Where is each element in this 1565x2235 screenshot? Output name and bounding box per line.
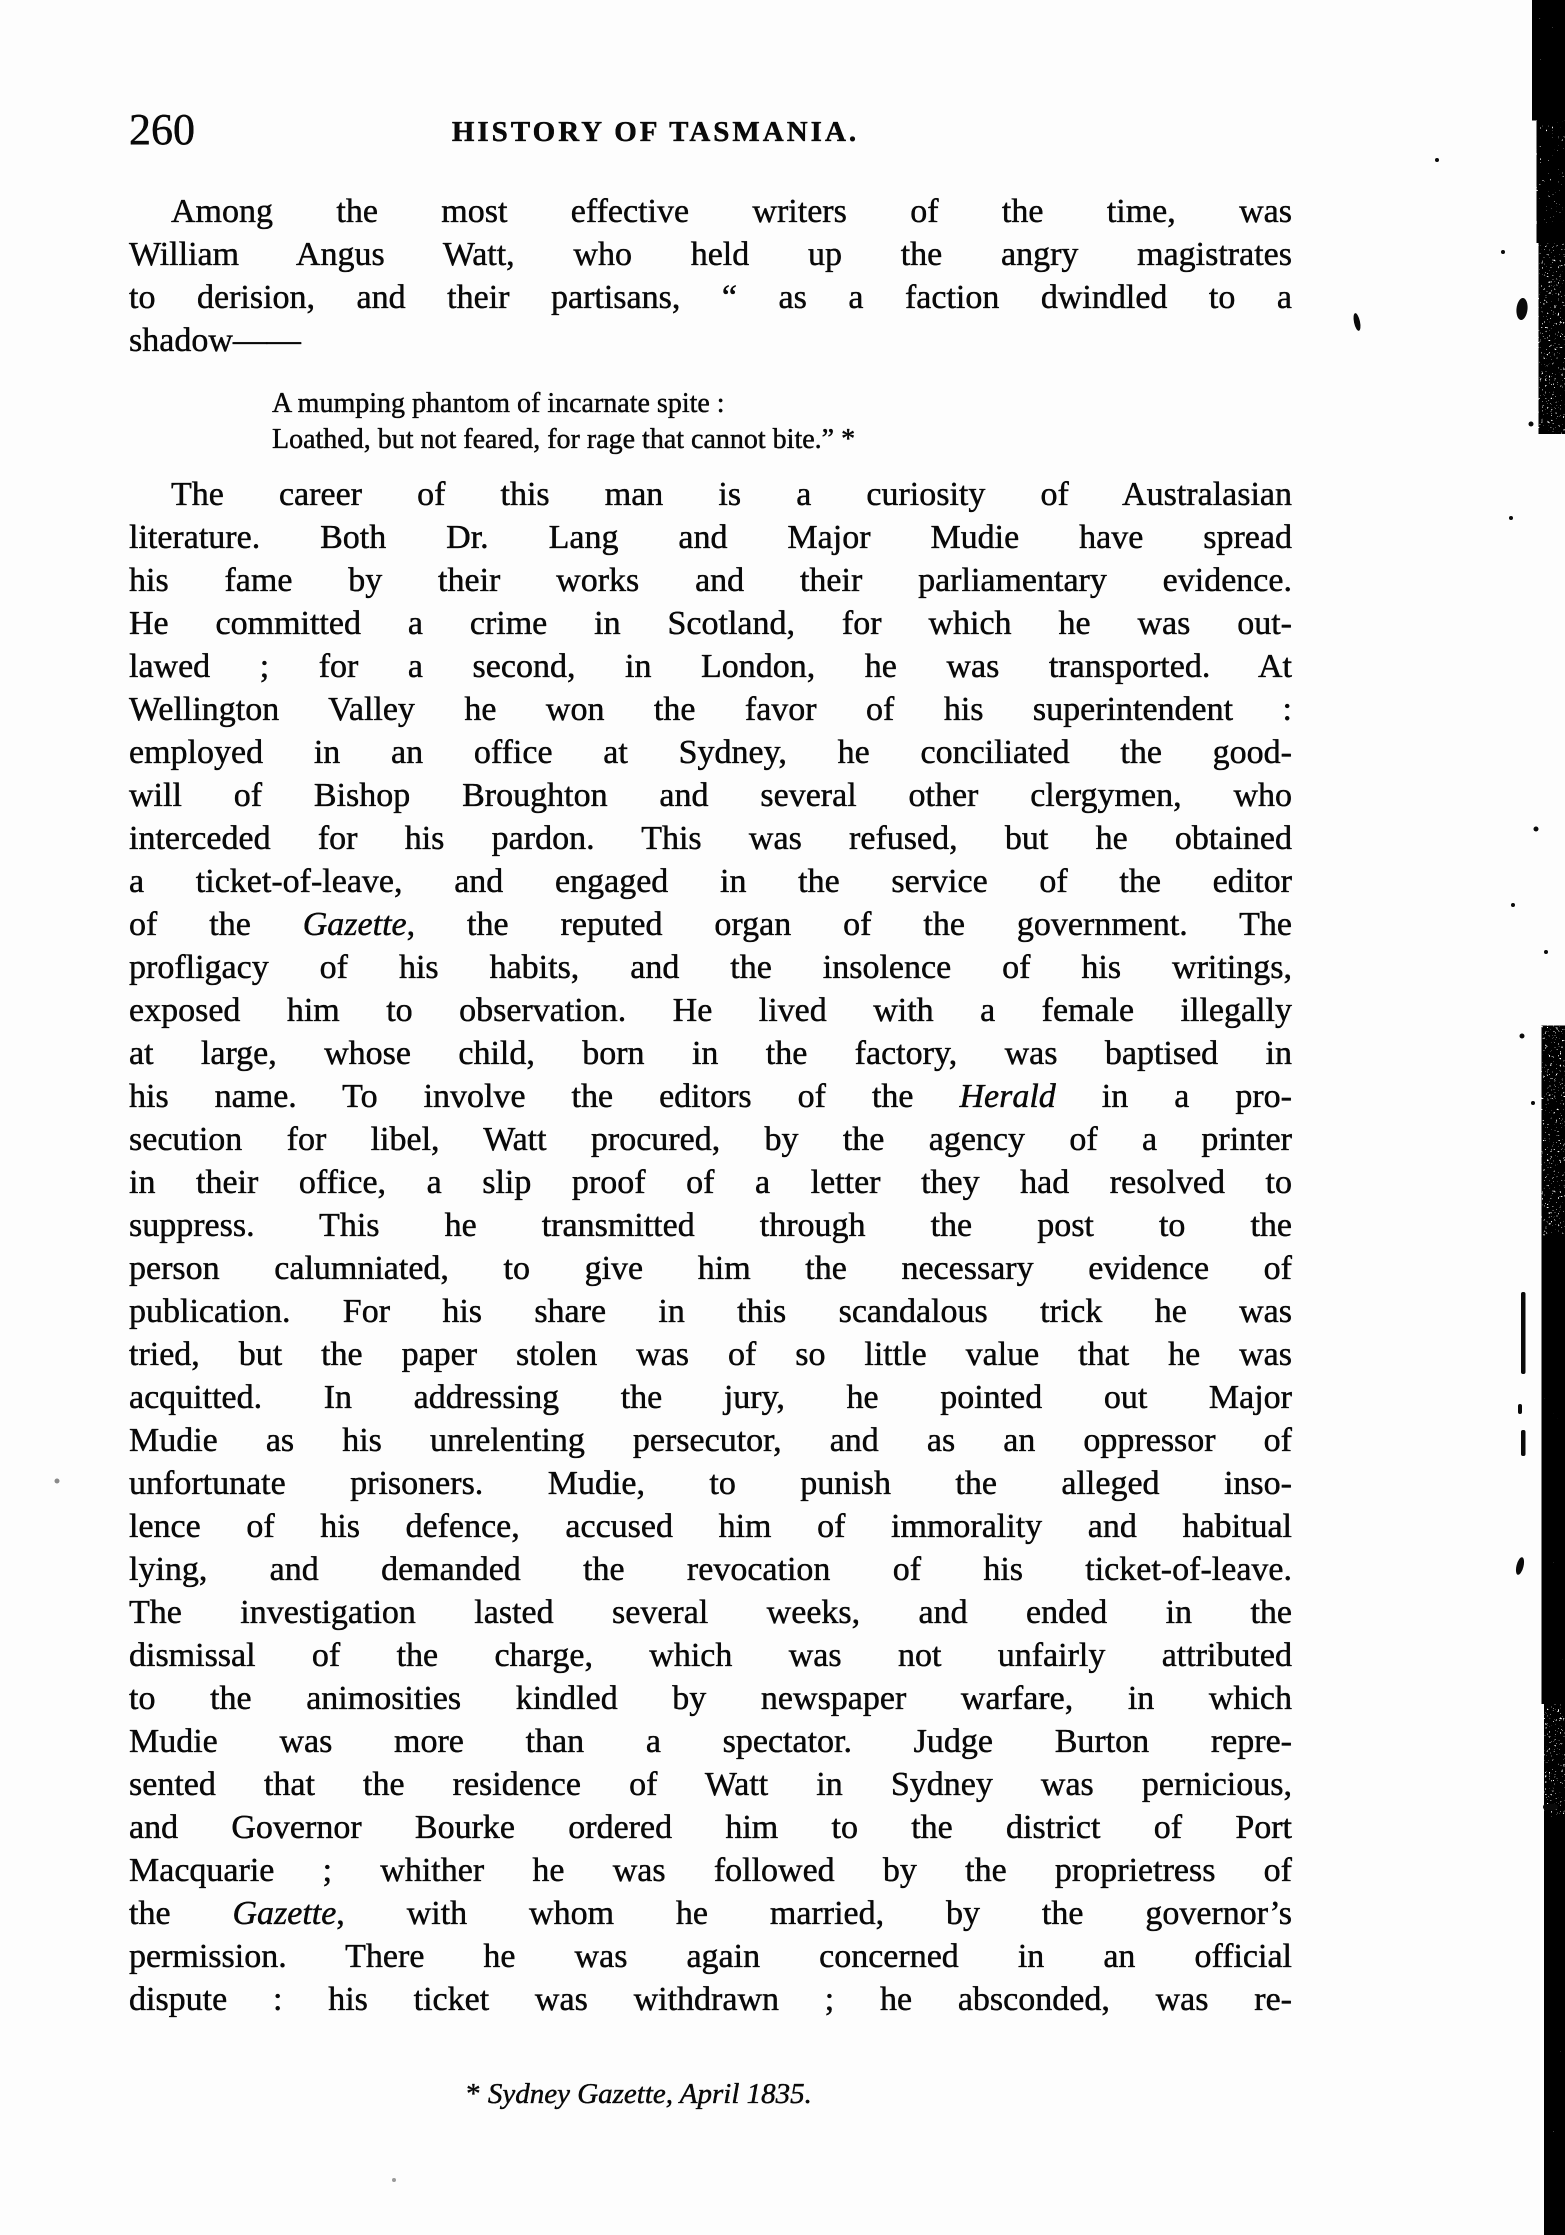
- text-line: literature. Both Dr. Lang and Major Mudi…: [129, 516, 1292, 559]
- text-line: exposed him to observation. He lived wit…: [129, 989, 1292, 1032]
- text-line: Among the most effective writers of the …: [129, 190, 1292, 233]
- footnote-line: * Sydney Gazette, April 1835.: [129, 2076, 1149, 2112]
- paragraph-opening: Among the most effective writers of the …: [129, 190, 1292, 362]
- text-line: William Angus Watt, who held up the angr…: [129, 233, 1292, 276]
- text-line: acquitted. In addressing the jury, he po…: [129, 1376, 1292, 1419]
- text-line: his name. To involve the editors of the …: [129, 1075, 1292, 1118]
- scan-noise-top-right: [1534, 0, 1565, 430]
- text-line: at large, whose child, born in the facto…: [129, 1032, 1292, 1075]
- text-line: The career of this man is a curiosity of…: [129, 473, 1292, 516]
- text-line: his fame by their works and their parlia…: [129, 559, 1292, 602]
- text-line: lence of his defence, accused him of imm…: [129, 1505, 1292, 1548]
- text-line: person calumniated, to give him the nece…: [129, 1247, 1292, 1290]
- text-line: to derision, and their partisans, “ as a…: [129, 276, 1292, 319]
- book-page: 260 HISTORY OF TASMANIA. Among the most …: [0, 0, 1565, 2235]
- text-line: The investigation lasted several weeks, …: [129, 1591, 1292, 1634]
- footnote: * Sydney Gazette, April 1835.: [129, 2076, 1149, 2112]
- text-line: dispute : his ticket was withdrawn ; he …: [129, 1978, 1292, 2021]
- text-line: employed in an office at Sydney, he conc…: [129, 731, 1292, 774]
- text-line: lawed ; for a second, in London, he was …: [129, 645, 1292, 688]
- page-header: 260 HISTORY OF TASMANIA.: [129, 108, 1292, 160]
- text-line: tried, but the paper stolen was of so li…: [129, 1333, 1292, 1376]
- scan-noise-right-band: [1543, 1030, 1565, 2235]
- text-line: Mudie was more than a spectator. Judge B…: [129, 1720, 1292, 1763]
- verse-quotation: A mumping phantom of incarnate spite :Lo…: [272, 386, 1292, 458]
- text-line: unfortunate prisoners. Mudie, to punish …: [129, 1462, 1292, 1505]
- verse-line: Loathed, but not feared, for rage that c…: [272, 422, 1292, 458]
- text-line: permission. There he was again concerned…: [129, 1935, 1292, 1978]
- text-line: and Governor Bourke ordered him to the d…: [129, 1806, 1292, 1849]
- text-line: a ticket-of-leave, and engaged in the se…: [129, 860, 1292, 903]
- text-line: Mudie as his unrelenting persecutor, and…: [129, 1419, 1292, 1462]
- text-line: lying, and demanded the revocation of hi…: [129, 1548, 1292, 1591]
- verse-line: A mumping phantom of incarnate spite :: [272, 386, 1292, 422]
- text-line: secution for libel, Watt procured, by th…: [129, 1118, 1292, 1161]
- text-line: profligacy of his habits, and the insole…: [129, 946, 1292, 989]
- text-line: Wellington Valley he won the favor of hi…: [129, 688, 1292, 731]
- running-header-title: HISTORY OF TASMANIA.: [129, 117, 1182, 147]
- text-line: the Gazette, with whom he married, by th…: [129, 1892, 1292, 1935]
- text-line: will of Bishop Broughton and several oth…: [129, 774, 1292, 817]
- text-line: dismissal of the charge, which was not u…: [129, 1634, 1292, 1677]
- text-line: sented that the residence of Watt in Syd…: [129, 1763, 1292, 1806]
- paragraph-main: The career of this man is a curiosity of…: [129, 473, 1292, 2021]
- text-line: to the animosities kindled by newspaper …: [129, 1677, 1292, 1720]
- text-line: suppress. This he transmitted through th…: [129, 1204, 1292, 1247]
- text-line: publication. For his share in this scand…: [129, 1290, 1292, 1333]
- text-line: He committed a crime in Scotland, for wh…: [129, 602, 1292, 645]
- text-line: interceded for his pardon. This was refu…: [129, 817, 1292, 860]
- text-line: of the Gazette, the reputed organ of the…: [129, 903, 1292, 946]
- text-line: Macquarie ; whither he was followed by t…: [129, 1849, 1292, 1892]
- text-line: shadow——: [129, 319, 1292, 362]
- text-line: in their office, a slip proof of a lette…: [129, 1161, 1292, 1204]
